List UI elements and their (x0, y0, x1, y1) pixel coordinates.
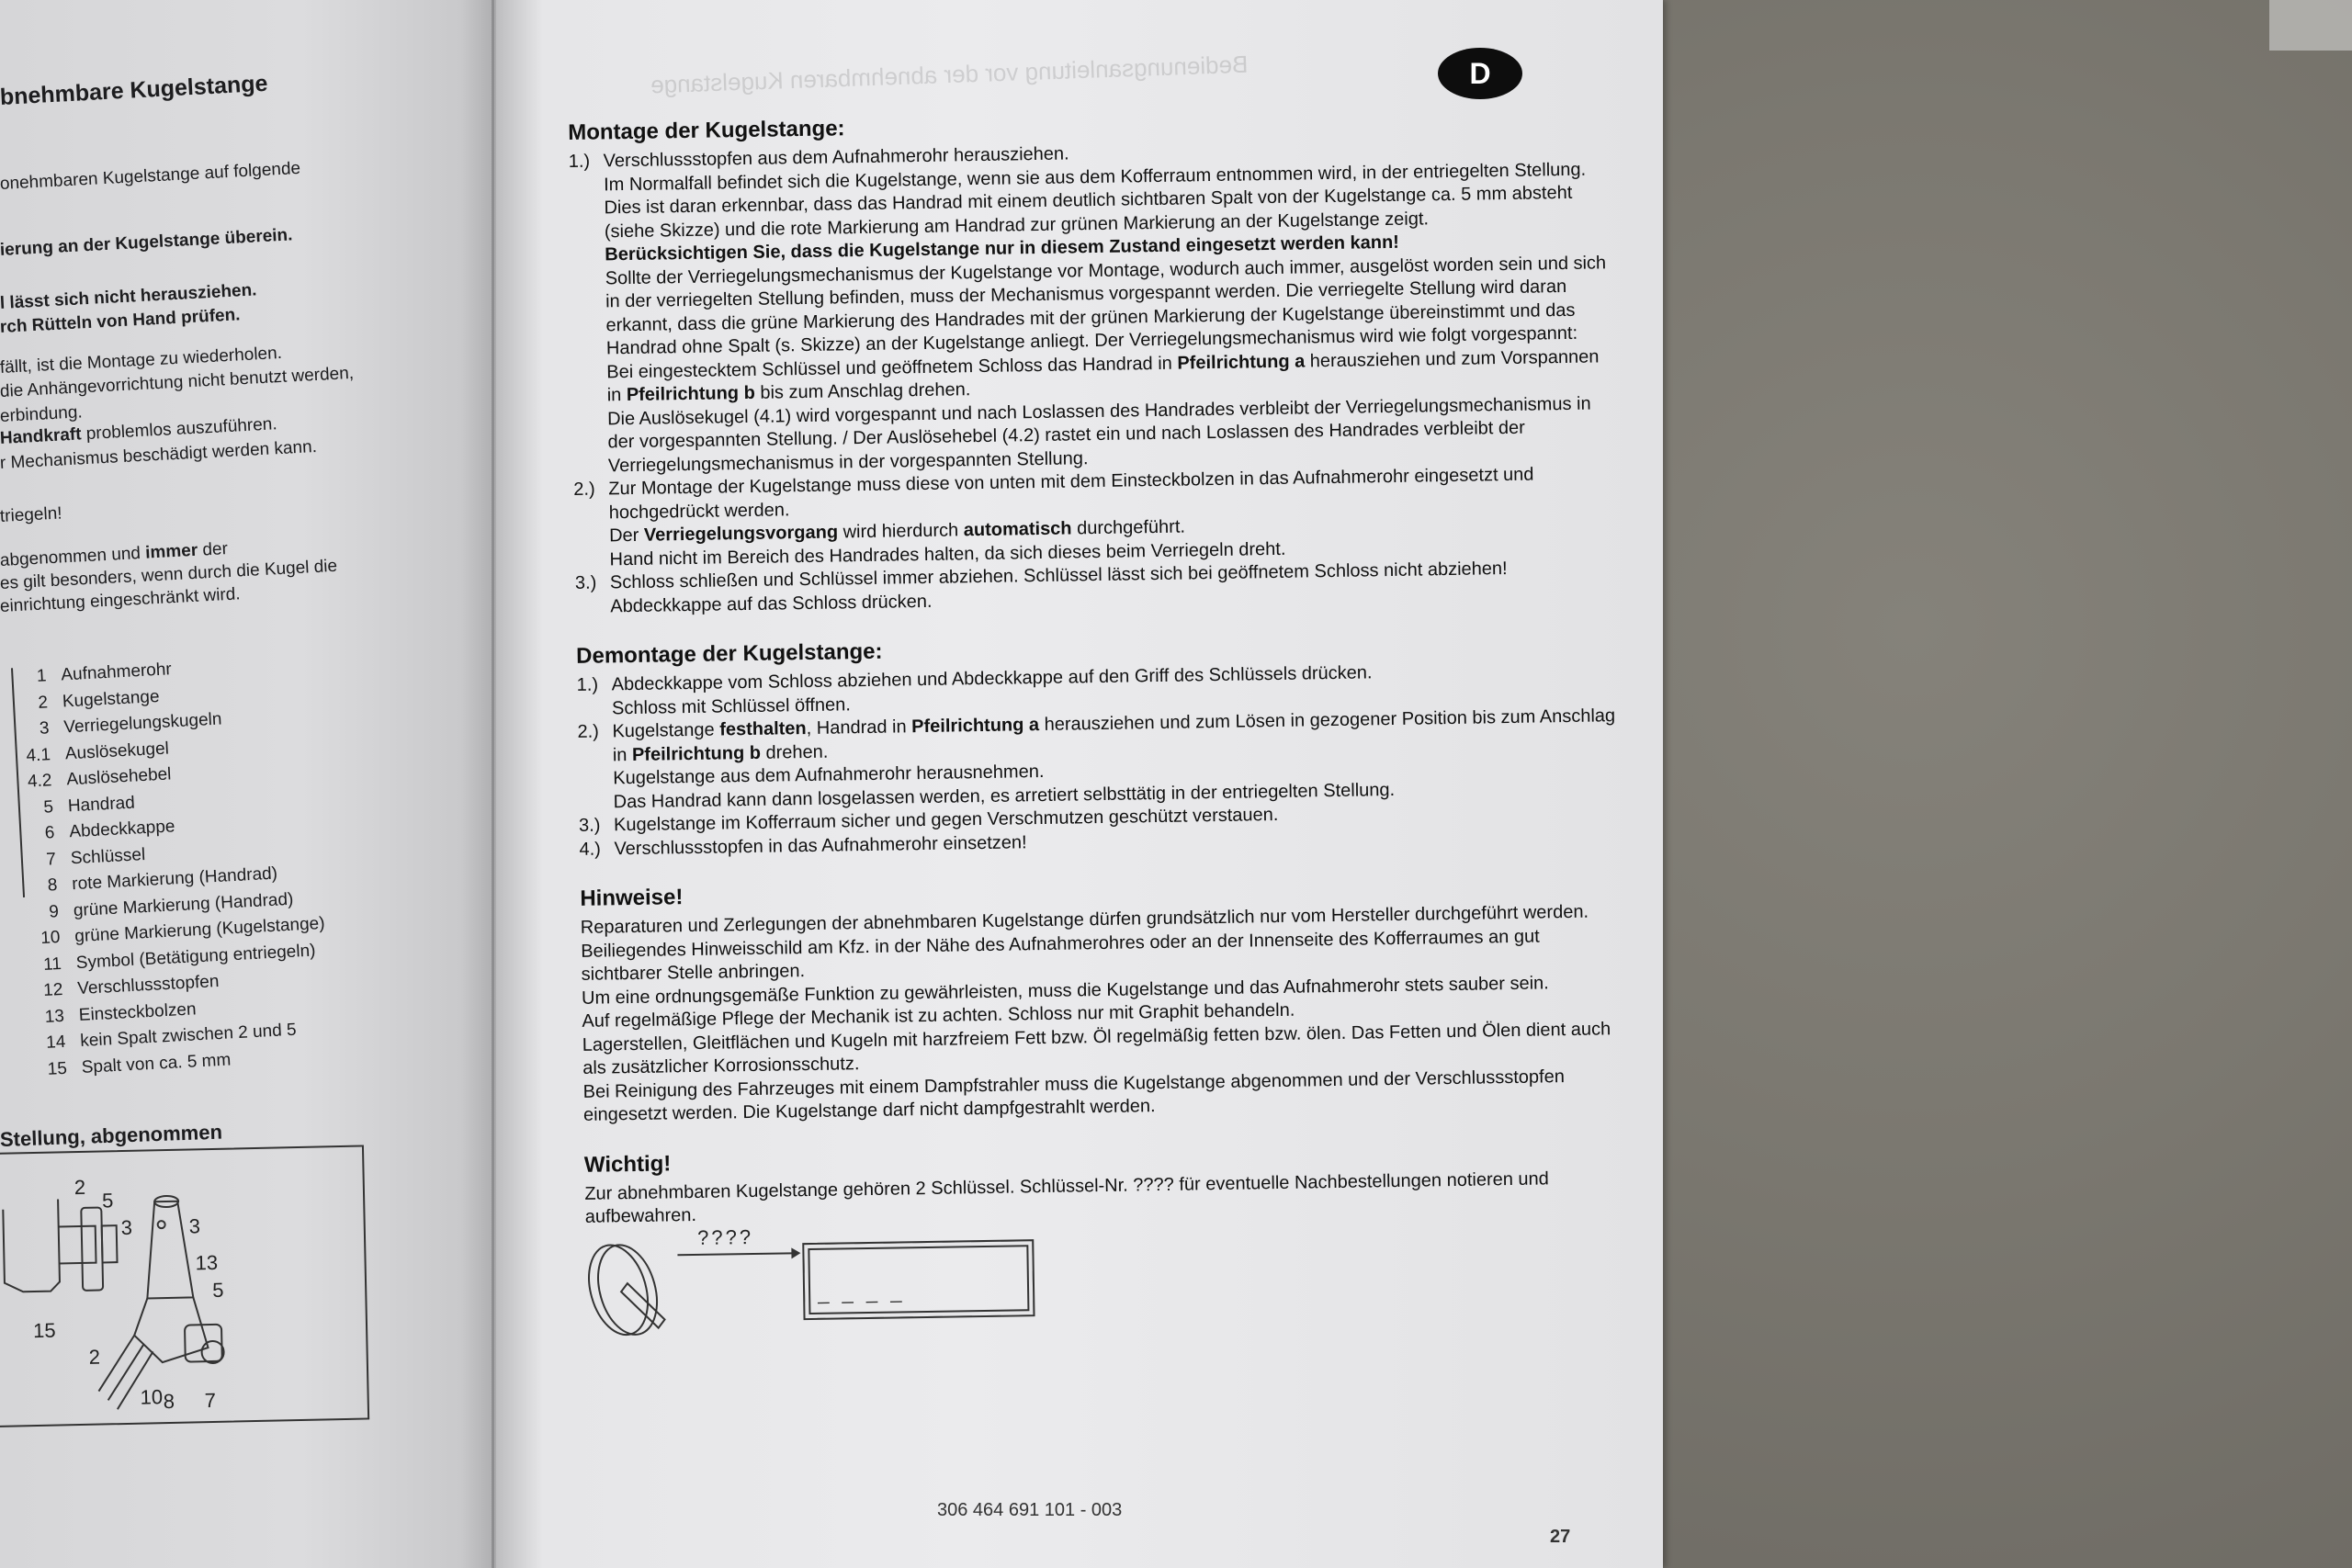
left-page-line: onehmbaren Kugelstange auf folgende (0, 159, 301, 195)
wichtig-section: Wichtig! Zur abnehmbaren Kugelstange geh… (584, 1135, 1625, 1344)
legend-item: 12Verschlussstopfen (17, 983, 17, 1009)
step-number: 2.) (577, 721, 599, 745)
step-text: Sollte der Verriegelungsmechanismus der … (605, 252, 1610, 361)
legend-item: 14kein Spalt zwischen 2 und 5 (19, 1034, 20, 1060)
legend-item: 15Spalt von ca. 5 mm (20, 1061, 21, 1087)
page-number: 27 (1550, 1527, 1570, 1548)
legend-number: 12 (11, 980, 63, 1003)
step-number: 2.) (573, 479, 595, 502)
legend-label: Kugelstange (62, 686, 160, 711)
legend-number: 6 (3, 823, 55, 846)
arrow-icon (677, 1252, 798, 1256)
hitch-diagram-icon: 2 5 3 3 13 5 15 2 10 8 7 (0, 1147, 367, 1426)
legend-number: 15 (15, 1058, 67, 1081)
legend-label: Einsteckbolzen (78, 999, 197, 1026)
svg-text:2: 2 (88, 1346, 100, 1369)
diagram-title: Stellung, abgenommen (0, 1121, 222, 1152)
legend-number: 3 (0, 718, 50, 741)
key-number-placeholder: _ _ _ _ (818, 1280, 906, 1304)
step-number: 3.) (579, 815, 601, 839)
instruction-step: 2.)Zur Montage der Kugelstange muss dies… (573, 462, 1612, 572)
legend-number: 11 (9, 953, 62, 976)
legend-item: 8rote Markierung (Handrad) (11, 878, 12, 904)
page-fold (492, 0, 494, 1568)
svg-text:13: 13 (195, 1251, 218, 1275)
parts-legend: 1Aufnahmerohr2Kugelstange3Verriegelungsk… (0, 669, 22, 1087)
step-number: 1.) (576, 674, 598, 698)
legend-label: Spalt von ca. 5 mm (81, 1050, 232, 1077)
language-badge: D (1438, 48, 1522, 99)
instructions-content: Montage der Kugelstange: 1.)Verschlussst… (568, 103, 1625, 1367)
legend-number: 4.2 (0, 771, 52, 794)
left-page: bnehmbare Kugelstange onehmbaren Kugelst… (0, 0, 501, 1568)
step-number: 4.) (579, 838, 601, 862)
diagram-box: 2 5 3 3 13 5 15 2 10 8 7 (0, 1145, 369, 1427)
document-number: 306 464 691 101 - 003 (937, 1500, 1122, 1521)
legend-number: 9 (6, 902, 59, 925)
legend-label: Symbol (Betätigung entriegeln) (75, 941, 316, 974)
svg-text:5: 5 (102, 1189, 114, 1212)
demontage-section: Demontage der Kugelstange: 1.)Abdeckkapp… (576, 626, 1618, 862)
legend-label: Verriegelungskugeln (63, 709, 222, 738)
legend-number: 7 (4, 850, 56, 873)
legend-number: 2 (0, 693, 49, 716)
instruction-step: 2.)Kugelstange festhalten, Handrad in Pf… (577, 705, 1616, 815)
legend-number: 13 (12, 1006, 64, 1029)
left-page-title: bnehmbare Kugelstange (0, 71, 268, 111)
legend-item: 9grüne Markierung (Handrad) (12, 904, 13, 930)
left-page-line: erbindung. (0, 402, 83, 427)
key-number-figure: ???? _ _ _ _ (585, 1217, 1625, 1344)
legend-number: 1 (0, 666, 47, 689)
svg-text:7: 7 (204, 1389, 216, 1412)
legend-label: Aufnahmerohr (61, 660, 172, 685)
step-number: 3.) (575, 572, 597, 596)
legend-item: 11Symbol (Betätigung entriegeln) (15, 956, 16, 982)
legend-number: 8 (6, 875, 58, 898)
svg-text:10: 10 (140, 1385, 163, 1409)
hinweise-section: Hinweise! Reparaturen und Zerlegungen de… (580, 869, 1622, 1127)
svg-text:2: 2 (74, 1176, 86, 1199)
left-page-line: triegeln! (0, 503, 62, 527)
step-number: 1.) (569, 151, 591, 175)
legend-label: Schlüssel (70, 845, 145, 869)
legend-label: Auslösehebel (66, 764, 172, 790)
left-page-line: ierung an der Kugelstange überein. (0, 225, 293, 261)
key-lock-icon (576, 1232, 679, 1344)
svg-text:5: 5 (212, 1279, 224, 1302)
legend-label: rote Markierung (Handrad) (72, 864, 278, 896)
legend-label: Verschlussstopfen (77, 972, 220, 999)
bleed-through-header: Bedienungsanleitung vor der abnehmbaren … (650, 51, 1249, 100)
felt-background (1617, 0, 2352, 1568)
svg-text:8: 8 (163, 1390, 175, 1413)
legend-number: 4.1 (0, 745, 51, 768)
legend-number: 5 (1, 797, 53, 820)
legend-item: 13Einsteckbolzen (17, 1009, 18, 1034)
tape-strip (2269, 0, 2352, 51)
legend-item: 10grüne Markierung (Kugelstange) (14, 931, 15, 956)
legend-label: Abdeckkappe (69, 817, 175, 842)
key-number-box: _ _ _ _ (802, 1239, 1035, 1320)
right-page: Bedienungsanleitung vor der abnehmbaren … (496, 0, 1663, 1568)
instruction-step: 1.)Verschlussstopfen aus dem Aufnahmeroh… (569, 134, 1611, 479)
svg-text:3: 3 (120, 1216, 132, 1239)
key-number-label: ???? (697, 1224, 753, 1248)
legend-number: 14 (14, 1032, 66, 1055)
svg-text:15: 15 (33, 1319, 56, 1343)
svg-text:3: 3 (188, 1214, 200, 1237)
legend-label: kein Spalt zwischen 2 und 5 (80, 1021, 297, 1052)
legend-number: 10 (8, 928, 61, 951)
legend-label: Auslösekugel (64, 739, 169, 764)
montage-section: Montage der Kugelstange: 1.)Verschlussst… (568, 103, 1613, 619)
legend-label: Handrad (67, 793, 135, 817)
